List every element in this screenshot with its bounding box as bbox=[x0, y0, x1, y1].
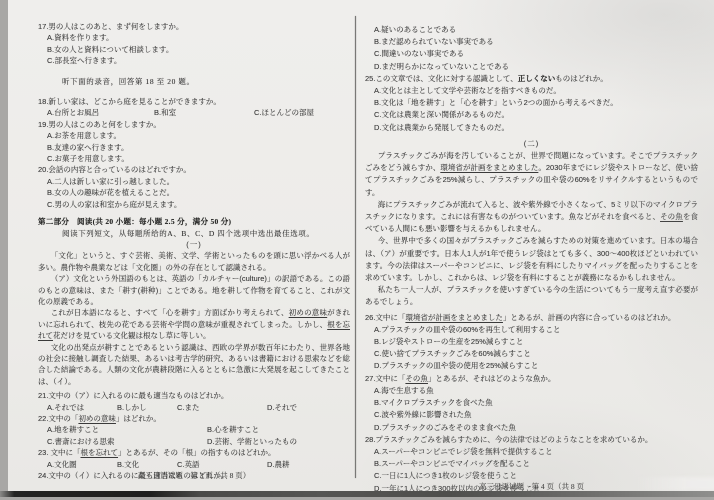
option-line: B.女の人の趣味が花を植えることだ。 bbox=[38, 187, 350, 198]
question-line: 23. 文中に「根を忘れて」とあるが、その「根」の指すものはどれか。 bbox=[38, 447, 350, 458]
exam-page-left: 17.男の人はこのあと、まず何をしますか。A.資料を作ります。B.女の人と資料に… bbox=[38, 21, 350, 481]
option-line: C.部長室へ行きます。 bbox=[38, 55, 350, 66]
option-line: A.スーパーやコンビニでレジ袋を無料で提供すること bbox=[365, 446, 698, 458]
options-row: A.台所とお風呂B.和室C.ほとんどの部屋 bbox=[38, 107, 350, 118]
option-item: D.それで bbox=[267, 402, 297, 413]
question-line: 25.この文章では、文化に対する認識として、正しくないものはどれか。 bbox=[365, 73, 698, 85]
option-line: C.使い捨てプラスチックごみを60%減らすこと bbox=[365, 348, 698, 360]
question-line: 17.男の人はこのあと、まず何をしますか。 bbox=[38, 21, 350, 32]
option-item: C.英語 bbox=[177, 459, 267, 470]
passage-paragraph: これが日本語になると、すべて「心を耕す」方面ばかり考えられて、初めの意味がきれい… bbox=[38, 307, 350, 341]
passage-paragraph: プラスチックごみが海を汚していることが、世界で問題になっています。そこでプラスチ… bbox=[365, 150, 698, 199]
text-segment: 花だけを見ている文化観は根なし草に等しい。 bbox=[53, 331, 211, 340]
text-segment: ものはどれか。 bbox=[555, 74, 608, 83]
underlined-phrase: 根を忘れて bbox=[81, 448, 119, 457]
option-item: D.農耕 bbox=[267, 459, 290, 470]
section-heading: 第二部分 阅读(共 20 小题：每小题 2.5 分，满分 50 分) bbox=[38, 216, 350, 227]
passage-paragraph: 私たち一人一人が、プラスチックを使いすぎている今の生活についてもう一度考え直す必… bbox=[365, 284, 698, 308]
option-line: B.マイクロプラスチックを食べた魚 bbox=[365, 397, 698, 409]
option-line: A.二人は新しい家に引っ越しました。 bbox=[38, 176, 350, 187]
passage-number: (一) bbox=[38, 239, 350, 250]
option-line: A.資料を作ります。 bbox=[38, 32, 350, 43]
text-segment: これが日本語になると、すべて「心を耕す」方面ばかり考えられて、 bbox=[51, 308, 289, 317]
passage-number: (二) bbox=[365, 138, 698, 150]
underlined-phrase: 環境省が計画をまとめました bbox=[440, 163, 538, 172]
paper-sheet: 17.男の人はこのあと、まず何をしますか。A.資料を作ります。B.女の人と資料に… bbox=[8, 0, 714, 491]
passage-paragraph: 今、世界中で多くの国々がプラスチックごみを減らすための対策を進めています。日本の… bbox=[365, 235, 698, 284]
underlined-phrase: 初めの意味 bbox=[78, 414, 116, 423]
bold-phrase: 正しくない bbox=[518, 74, 556, 83]
option-line: B.文化は「地を耕す」と「心を耕す」という2つの面から考えるべきだ。 bbox=[365, 97, 698, 109]
option-item: A.地を耕すこと bbox=[47, 424, 207, 435]
scan-shadow-bar bbox=[0, 491, 714, 497]
question-line: 19.男の人はこのあと何をしますか。 bbox=[38, 119, 350, 130]
option-line: D.まだ明らかになっていないことである bbox=[365, 61, 698, 73]
question-line: 28.プラスチックごみを減らすために、今の法律ではどのようなことを求めているか。 bbox=[365, 434, 698, 446]
text-segment: 26.文中に「 bbox=[365, 313, 405, 322]
text-segment: 」とあるが、それはどのような魚か。 bbox=[428, 374, 556, 383]
passage-paragraph: 文化の出発点が耕すことであるという認識は、西欧の学界が数百年にわたり、世界各地の… bbox=[38, 342, 350, 388]
passage-paragraph: 「文化」というと、すぐ芸術、美術、文学、学術といったものを頭に思い浮かべる人が多… bbox=[38, 250, 350, 273]
option-line: C.波や紫外線に影響された魚 bbox=[365, 409, 698, 421]
exam-page-right: A.疑いのあることであるB.まだ認められていない事実であるC.間違いのない事実で… bbox=[365, 24, 698, 495]
option-item: C.また bbox=[177, 402, 267, 413]
option-line: D.文化は農業から発展してきたものだ。 bbox=[365, 122, 698, 134]
question-line: 18.新しい家は、どこから庭を見ることができますか。 bbox=[38, 96, 350, 107]
question-line: 20.会話の内容と合っているのはどれですか。 bbox=[38, 164, 350, 175]
options-row: C.書斎における思索D.芸術、学術といったもの bbox=[38, 436, 350, 447]
passage-paragraph: 海にプラスチックごみが流れて入ると、波や紫外線で小さくなって、5ミリ以下のマイク… bbox=[365, 199, 698, 236]
options-row: A.それではB.しかしC.またD.それで bbox=[38, 402, 350, 413]
option-item: B.しかし bbox=[117, 402, 177, 413]
option-line: B.レジ袋やストローの生産を25%減らすこと bbox=[365, 336, 698, 348]
text-segment: 」とあるが、計画の内容に合っているのはどれか。 bbox=[503, 313, 676, 322]
option-line: B.まだ認められていない事実である bbox=[365, 36, 698, 48]
option-item: A.台所とお風呂 bbox=[47, 107, 154, 118]
option-line: A.疑いのあることである bbox=[365, 24, 698, 36]
option-item: A.それでは bbox=[47, 402, 117, 413]
question-line: 21.文中の（ア）に入れるのに最も適当なものはどれか。 bbox=[38, 390, 350, 401]
option-item: C.ほとんどの部屋 bbox=[254, 107, 314, 118]
underlined-phrase: その魚 bbox=[405, 374, 428, 383]
text-segment: 海にプラスチックごみが流れて入ると、波や紫外線で小さくなって、5ミリ以下のマイク… bbox=[365, 200, 698, 221]
options-row: A.文化圏B.文化C.英語D.農耕 bbox=[38, 459, 350, 470]
chinese-instruction: 阅读下列短文，从每题所给的A、B、C、D 四个选项中选出最佳选项。 bbox=[38, 228, 350, 239]
text-segment: 25.この文章では、文化に対する認識として、 bbox=[365, 74, 518, 83]
text-segment: 23. 文中に「 bbox=[38, 448, 81, 457]
text-segment: 22.文中の「 bbox=[38, 414, 78, 423]
option-item: A.文化圏 bbox=[47, 459, 117, 470]
option-item: B.文化 bbox=[117, 459, 177, 470]
text-segment: 」はどれか。 bbox=[116, 414, 161, 423]
scan-fade-streak bbox=[638, 477, 714, 491]
page-footer-left: 高三日语试题 第 3 页（共 8 页） bbox=[38, 470, 350, 481]
underlined-phrase: 初めの意味 bbox=[289, 308, 327, 317]
option-line: D.プラスチックのごみをそのまま食べた魚 bbox=[365, 422, 698, 434]
question-line: 26.文中に「環境省が計画をまとめました」とあるが、計画の内容に合っているのはど… bbox=[365, 312, 698, 324]
option-line: C.間違いのない事実である bbox=[365, 48, 698, 60]
option-line: A.お茶を用意します。 bbox=[38, 130, 350, 141]
option-line: C.お菓子を用意します。 bbox=[38, 153, 350, 164]
option-line: B.スーパーやコンビニでマイバッグを配ること bbox=[365, 458, 698, 470]
option-line: B.友達の家へ行きます。 bbox=[38, 142, 350, 153]
option-line: B.女の人と資料について相談します。 bbox=[38, 44, 350, 55]
text-segment: 」とあるが、その「根」の指すものはどれか。 bbox=[118, 448, 276, 457]
passage-paragraph: （ア）文化という外国語のもとは、英語の「カルチャー(culture)」の訳語であ… bbox=[38, 273, 350, 307]
scanned-exam-spread: 17.男の人はこのあと、まず何をしますか。A.資料を作ります。B.女の人と資料に… bbox=[0, 0, 714, 500]
option-line: D.プラスチックの皿や袋の使用を25%減らすこと bbox=[365, 360, 698, 372]
option-line: C.男の人の家は和室から庭が見えます。 bbox=[38, 199, 350, 210]
option-line: A.プラスチックの皿や袋の60%を再生して利用すること bbox=[365, 324, 698, 336]
option-item: C.書斎における思索 bbox=[47, 436, 207, 447]
option-line: A.文化とは主として文学や芸術などを指すべきものだ。 bbox=[365, 85, 698, 97]
underlined-phrase: 環境省が計画をまとめました bbox=[405, 313, 503, 322]
question-line: 27.文中に「その魚」とあるが、それはどのような魚か。 bbox=[365, 373, 698, 385]
option-line: A.海で生息する魚 bbox=[365, 385, 698, 397]
option-line: C.文化は農業と深い関係があるものだ。 bbox=[365, 109, 698, 121]
question-line: 22.文中の「初めの意味」はどれか。 bbox=[38, 413, 350, 424]
chinese-instruction: 听下面的录音，回答第 18 至 20 题。 bbox=[38, 76, 350, 87]
page-fold-line bbox=[355, 16, 356, 478]
option-item: D.芸術、学術といったもの bbox=[207, 436, 297, 447]
option-item: B.心を耕すこと bbox=[207, 424, 259, 435]
text-segment: 27.文中に「 bbox=[365, 374, 405, 383]
underlined-phrase: その魚 bbox=[660, 212, 683, 221]
option-item: B.和室 bbox=[154, 107, 254, 118]
options-row: A.地を耕すことB.心を耕すこと bbox=[38, 424, 350, 435]
